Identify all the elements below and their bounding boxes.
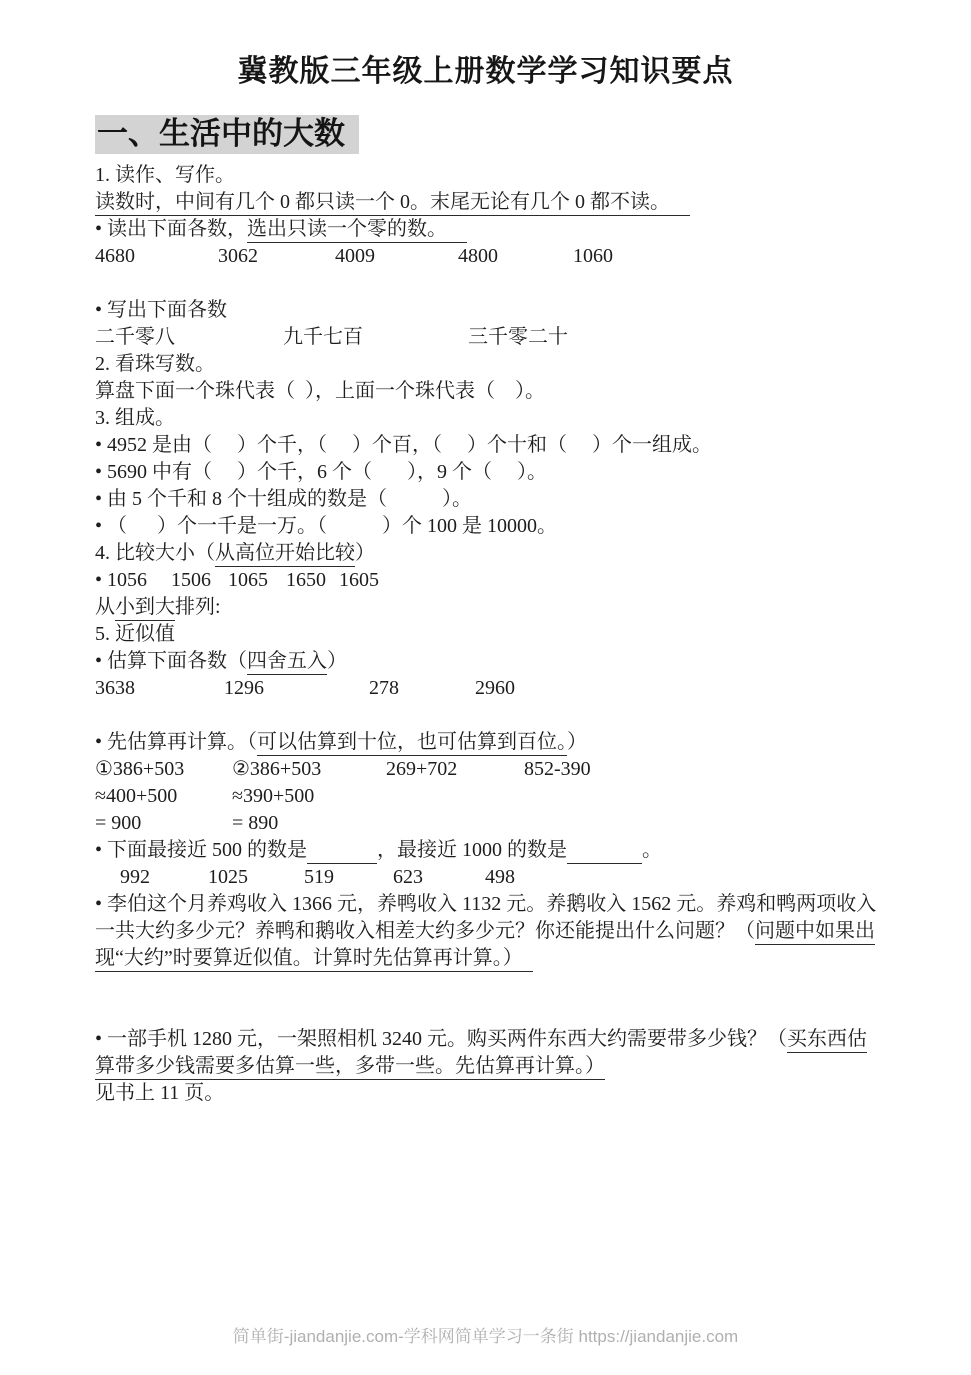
text-segment: = 900 <box>95 810 232 837</box>
text-segment: ，最接近 1000 的数是 <box>377 839 567 861</box>
text-segment: 2960 <box>475 677 515 699</box>
numbers-row-nearest: 9921025519623498 <box>95 864 880 891</box>
item3-compose: • 由 5 个千和 8 个十组成的数是（ ）。 <box>95 486 880 513</box>
underlined-text <box>567 839 642 864</box>
word-problem-libo: • 李伯这个月养鸡收入 1366 元，养鸭收入 1132 元。养鹅收入 1562… <box>95 891 880 972</box>
text-segment: • 4952 是由（ ）个千，（ ）个百，（ ）个十和（ ）个一组成。 <box>95 434 712 456</box>
calc-approx-row: ≈400+500≈390+500 <box>95 783 880 810</box>
text-segment: 1650 <box>286 567 339 594</box>
text-segment: 4009 <box>335 243 458 270</box>
numbers-row-compare: • 10561506106516501605 <box>95 567 880 594</box>
underlined-text: 四舍五入 <box>247 650 327 675</box>
text-segment: 1025 <box>208 864 304 891</box>
text-segment: 1. 读作、写作。 <box>95 164 235 186</box>
item2-heading: 2. 看珠写数。 <box>95 351 880 378</box>
footer-watermark: 简单街-jiandanjie.com-学科网简单学习一条街 https://ji… <box>0 1322 971 1347</box>
task-read-numbers: • 读出下面各数，选出只读一个零的数。 <box>95 216 880 243</box>
underlined-text: 可以估算到十位，也可估算到百位。 <box>257 731 567 756</box>
item5-heading: 5. 近似值 <box>95 621 880 648</box>
text-segment: 992 <box>120 864 208 891</box>
underlined-text: 读数时，中间有几个 0 都只读一个 0。末尾无论有几个 0 都不读。 <box>95 191 690 216</box>
numbers-row-1: 46803062400948001060 <box>95 243 880 270</box>
text-segment: • 估算下面各数（ <box>95 650 247 672</box>
text-segment: • 由 5 个千和 8 个十组成的数是（ ）。 <box>95 488 472 510</box>
calc-result-row: = 900= 890 <box>95 810 880 837</box>
blank-line <box>95 999 880 1026</box>
underlined-text: 选出只读一个零的数。 <box>247 218 467 243</box>
calc-problems-row: ①386+503②386+503269+702852-390 <box>95 756 880 783</box>
text-segment: 二千零八 <box>95 324 283 351</box>
task-estimate-then-calc: • 先估算再计算。（可以估算到十位，也可估算到百位。） <box>95 729 880 756</box>
text-segment: • 5690 中有（ ）个千，6 个（ ），9 个（ ）。 <box>95 461 547 483</box>
text-segment: 3638 <box>95 675 224 702</box>
task-estimate: • 估算下面各数（四舍五入） <box>95 648 880 675</box>
text-segment: ） <box>567 731 587 753</box>
number-words-row: 二千零八九千七百三千零二十 <box>95 324 880 351</box>
text-segment: ②386+503 <box>232 756 386 783</box>
text-segment: ） <box>327 650 347 672</box>
text-segment: 852-390 <box>524 758 591 780</box>
text-segment: ①386+503 <box>95 756 232 783</box>
underlined-text <box>307 839 377 864</box>
text-segment: ≈390+500 <box>232 785 314 807</box>
section-heading: 一、生活中的大数 <box>95 115 359 154</box>
text-segment: 4. 比较大小（ <box>95 542 215 564</box>
text-segment: • 先估算再计算。（ <box>95 731 257 753</box>
item3-4952: • 4952 是由（ ）个千，（ ）个百，（ ）个十和（ ）个一组成。 <box>95 432 880 459</box>
item1-heading: 1. 读作、写作。 <box>95 162 880 189</box>
text-segment: ） <box>355 542 375 564</box>
item3-heading: 3. 组成。 <box>95 405 880 432</box>
text-segment: 排列: <box>175 596 221 618</box>
word-problem-phone: • 一部手机 1280 元，一架照相机 3240 元。购买两件东西大约需要带多少… <box>95 1026 880 1080</box>
text-segment: 1060 <box>573 245 613 267</box>
sort-instruction: 从小到大排列: <box>95 594 880 621</box>
item2-abacus-line: 算盘下面一个珠代表（ ），上面一个珠代表（ ）。 <box>95 378 880 405</box>
text-segment: ≈400+500 <box>95 783 232 810</box>
section-heading-row: 一、生活中的大数 <box>95 115 971 154</box>
text-segment: 1296 <box>224 675 369 702</box>
text-segment: 1506 <box>171 567 228 594</box>
text-segment: 3. 组成。 <box>95 407 175 429</box>
blank-line <box>95 702 880 729</box>
text-segment: • 写出下面各数 <box>95 299 227 321</box>
see-book-note: 见书上 11 页。 <box>95 1080 880 1107</box>
text-segment: 1056 <box>107 567 171 594</box>
underlined-text: 从高位开始比较 <box>215 542 355 567</box>
item3-5690: • 5690 中有（ ）个千，6 个（ ），9 个（ ）。 <box>95 459 880 486</box>
nearest-question: • 下面最接近 500 的数是 ，最接近 1000 的数是 。 <box>95 837 880 864</box>
task-write-numbers: • 写出下面各数 <box>95 297 880 324</box>
text-segment: 见书上 11 页。 <box>95 1082 224 1104</box>
numbers-row-estimate: 363812962782960 <box>95 675 880 702</box>
text-segment: • 读出下面各数， <box>95 218 247 240</box>
document-body: 1. 读作、写作。读数时，中间有几个 0 都只读一个 0。末尾无论有几个 0 都… <box>95 162 880 1107</box>
text-segment: 5. 近似值 <box>95 623 175 645</box>
text-segment: • <box>95 569 107 591</box>
text-segment: • 一部手机 1280 元，一架照相机 3240 元。购买两件东西大约需要带多少… <box>95 1028 787 1050</box>
text-segment: 三千零二十 <box>468 326 568 348</box>
text-segment: 519 <box>304 864 393 891</box>
text-segment: • 下面最接近 500 的数是 <box>95 839 307 861</box>
text-segment: 1605 <box>339 569 379 591</box>
item3-ten-thousand: • （ ）个一千是一万。（ ）个 100 是 10000。 <box>95 513 880 540</box>
underlined-text: 小到大 <box>115 596 175 621</box>
text-segment: 算盘下面一个珠代表（ ），上面一个珠代表（ ）。 <box>95 380 545 402</box>
text-segment: 4680 <box>95 243 218 270</box>
text-segment: • （ ）个一千是一万。（ ）个 100 是 10000。 <box>95 515 557 537</box>
blank-line <box>95 270 880 297</box>
text-segment: 2. 看珠写数。 <box>95 353 215 375</box>
item4-heading: 4. 比较大小（从高位开始比较） <box>95 540 880 567</box>
text-segment: 。 <box>642 839 662 861</box>
blank-line <box>95 972 880 999</box>
text-segment: 278 <box>369 675 475 702</box>
document-page: 冀教版三年级上册数学学习知识要点 一、生活中的大数 1. 读作、写作。读数时，中… <box>0 0 971 1375</box>
text-segment: 269+702 <box>386 756 524 783</box>
page-title: 冀教版三年级上册数学学习知识要点 <box>0 0 971 90</box>
text-segment: 从 <box>95 596 115 618</box>
text-segment: 1065 <box>228 567 286 594</box>
text-segment: = 890 <box>232 812 278 834</box>
text-segment: 4800 <box>458 243 573 270</box>
text-segment: 498 <box>485 866 515 888</box>
text-segment: 九千七百 <box>283 324 468 351</box>
text-segment: 3062 <box>218 243 335 270</box>
item1-rule: 读数时，中间有几个 0 都只读一个 0。末尾无论有几个 0 都不读。 <box>95 189 880 216</box>
text-segment: 623 <box>393 864 485 891</box>
